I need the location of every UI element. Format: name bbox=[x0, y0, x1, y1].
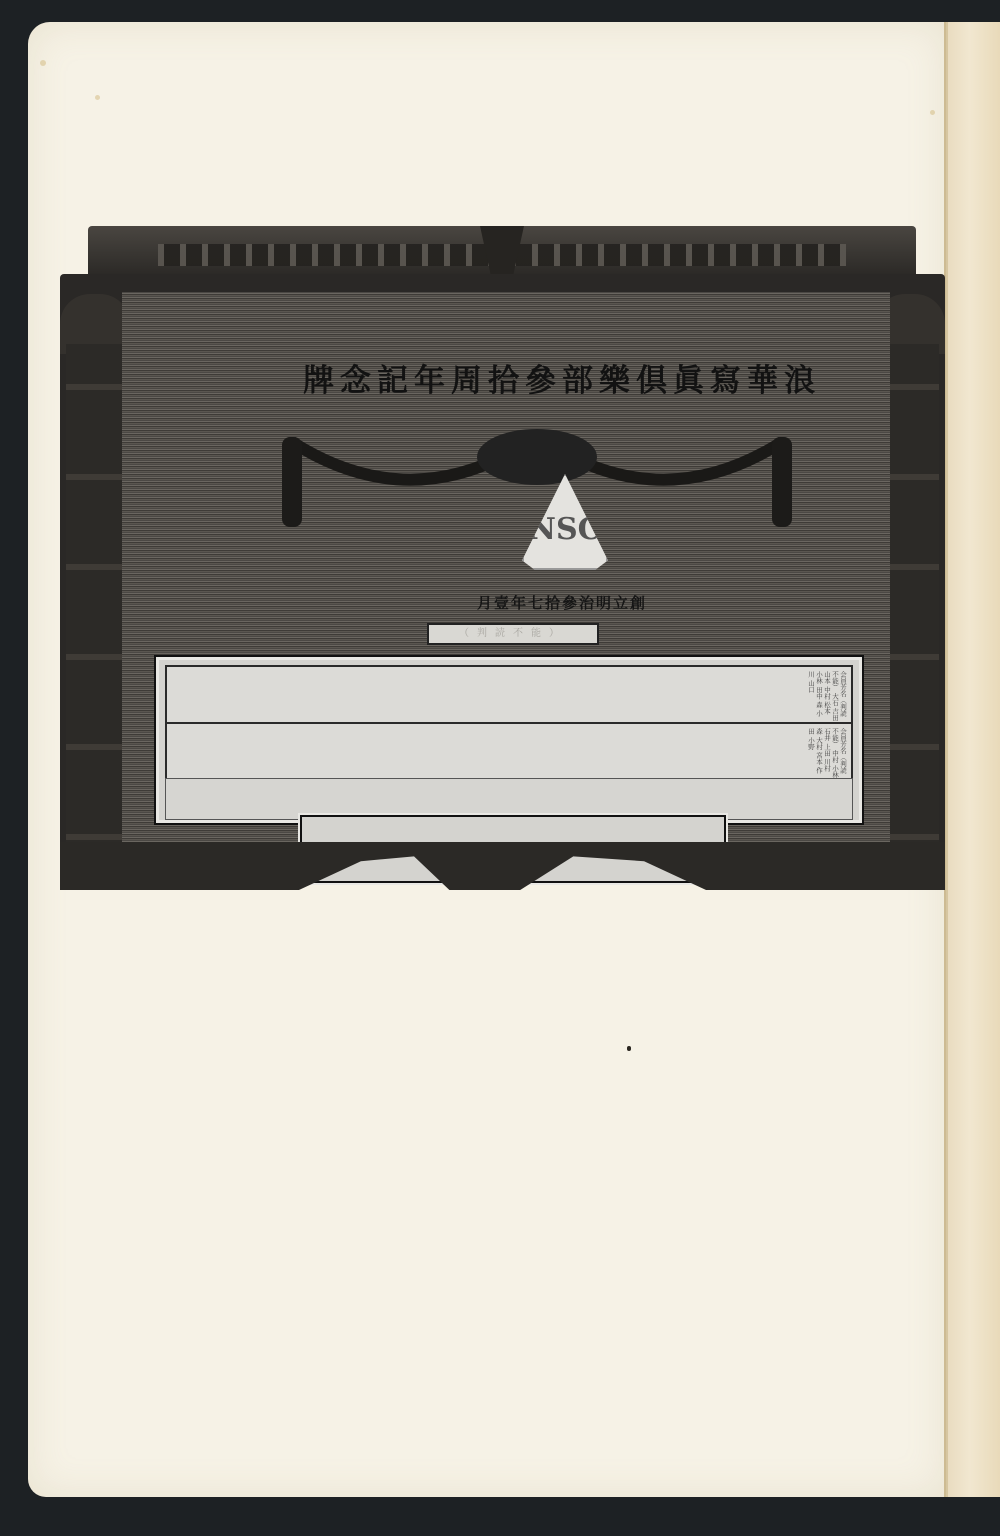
member-names-row-empty bbox=[165, 778, 853, 820]
member-names-panel: 会員芳名（判読不能） 大石 吉田 山本 中村 松本 小林 田中 森 小川 山口 … bbox=[156, 657, 862, 823]
plaque-title: 牌念記年周拾參部樂倶眞寫華浪 bbox=[292, 355, 832, 400]
foxing-stain bbox=[930, 110, 935, 115]
plaque-frame: 牌念記年周拾參部樂倶眞寫華浪 NSC 月壹年七拾參治明立創 （判読不能） 会員芳… bbox=[60, 274, 945, 864]
drapery-swag-icon bbox=[282, 422, 792, 532]
member-names-row: 会員芳名（判読不能） 大石 吉田 山本 中村 松本 小林 田中 森 小川 山口 bbox=[165, 665, 853, 727]
right-carved-pilaster bbox=[883, 344, 939, 844]
left-carved-pilaster bbox=[66, 344, 122, 844]
ink-speck bbox=[627, 1046, 631, 1051]
plaque-bottom-scroll-carving bbox=[60, 842, 945, 890]
foxing-stain bbox=[95, 95, 100, 100]
member-names-row: 会員芳名（判読不能） 中村 小林 石井 上田 川村 森 大村 宮本 作田 小野 bbox=[165, 722, 853, 784]
foxing-stain bbox=[40, 60, 46, 66]
member-list-label-plate: （判読不能） bbox=[427, 623, 599, 645]
wood-grain-board: 牌念記年周拾參部樂倶眞寫華浪 NSC 月壹年七拾參治明立創 （判読不能） 会員芳… bbox=[122, 292, 890, 847]
commemorative-plaque-photo: 牌念記年周拾參部樂倶眞寫華浪 NSC 月壹年七拾參治明立創 （判読不能） 会員芳… bbox=[60, 222, 945, 890]
plaque-crest-carving bbox=[88, 226, 916, 274]
founding-date: 月壹年七拾參治明立創 bbox=[407, 592, 717, 613]
facing-page-edge bbox=[946, 22, 1000, 1497]
